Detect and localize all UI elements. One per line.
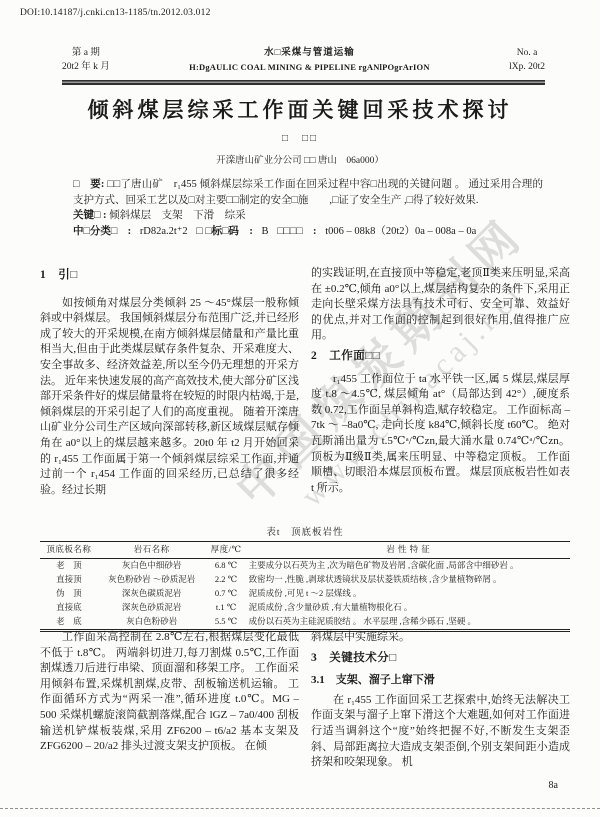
column-left-upper: 1 引□ 如按倾角对煤层分类倾斜 25 ～45°煤层一般称倾斜或中斜煤层。 我国… <box>40 266 299 522</box>
table-row: 直接底 深灰色砂质泥岩 t.1 ℃ 泥质成份 ,含少量砂质 ,有大量植物根化石 … <box>40 601 570 615</box>
table-cell: 灰色粉砂岩 ～砂质泥岩 <box>98 573 206 587</box>
table-cell: 6.8 ℃ <box>205 558 246 573</box>
keywords-text: 倾斜煤层 支架 下滑 综采 <box>109 210 246 221</box>
journal-header: 第 a 期 20t2 年 k 月 水□采煤与管道运输 H:DgAULIC COA… <box>62 46 545 74</box>
doc-code-value: B <box>262 226 269 237</box>
journal-title-cn: 水□采煤与管道运输 <box>110 46 509 60</box>
issue-number-en: No. a <box>509 46 545 60</box>
table-cell: 主要成分以石英为主 ,次为暗色矿物及岩屑 ,含碳化面 ,局部含中细砂岩 。 <box>247 558 570 573</box>
table-cell: 深灰色碳质泥岩 <box>98 587 206 601</box>
table-cell: 深灰色砂质泥岩 <box>98 601 206 615</box>
table-cell: 老 底 <box>40 615 98 631</box>
abstract-section: □ 要: □□了唐山矿 r₁455 倾斜煤层综采工作面在回采过程中容□出现的关键… <box>73 177 543 239</box>
article-title: 倾斜煤层综采工作面关键回采技术探讨 <box>0 94 600 124</box>
publication-date-cn: 20t2 年 k 月 <box>62 60 110 74</box>
table-cell: 5.5 ℃ <box>205 615 246 631</box>
table-row: 老 底 灰白色粉砂岩 5.5 ℃ 成份以石英为主硅泥质胶结 。 水平层理 ,含稀… <box>40 615 570 631</box>
table-cell: 老 顶 <box>40 558 98 573</box>
author-affiliation: 开滦唐山矿业分公司 □□ 唐山 06a000） <box>0 152 600 166</box>
keywords-line: 关键□ : 倾斜煤层 支架 下滑 综采 <box>73 208 543 224</box>
table-row: 伪 顶 深灰色碳质泥岩 0.7 ℃ 泥质成份 ,可见 t ～2 层煤线 。 <box>40 587 570 601</box>
table-cell: 灰白色中细砂岩 <box>98 558 206 573</box>
table-cell: 致密均一 ,性脆 ,剥球状透镜状及层状菱铁质结核 ,含少量植物碎屑 。 <box>247 573 570 587</box>
table-header-row: 顶底板名称 岩石名称 厚度/℃ 岩 性 特 征 <box>40 542 570 559</box>
doc-code-label: □ □标□码 : <box>196 226 253 237</box>
table-row: 老 顶 灰白色中细砂岩 6.8 ℃ 主要成分以石英为主 ,次为暗色矿物及岩屑 ,… <box>40 558 570 573</box>
journal-title-en: H:DgAULIC COAL MINING & PIPELINE rgANlPO… <box>110 60 509 74</box>
journal-title-block: 水□采煤与管道运输 H:DgAULIC COAL MINING & PIPELI… <box>110 46 509 74</box>
table-header-cell: 厚度/℃ <box>205 542 246 559</box>
header-rule <box>62 80 545 85</box>
body-columns-lower: 工作面采高控制在 2.8℃左右,根据煤层变化最低不低于 t.8℃。 两端斜切进刀… <box>40 630 570 802</box>
column-right-upper: 的实践证明,在直接顶中等稳定,老顶Ⅱ类来压明显,采高在 ±0.2℃,倾角 a0°… <box>311 266 570 522</box>
section-2-continuation-2: 斜煤层中实施综采。 <box>311 630 570 646</box>
section-3-1-heading: 3.1 支架、溜子上窜下滑 <box>311 673 570 689</box>
section-1-heading: 1 引□ <box>40 268 299 284</box>
table-cell: 伪 顶 <box>40 587 98 601</box>
article-id-label: □□□□ : <box>277 226 316 237</box>
table-cell: 2.2 ℃ <box>205 573 246 587</box>
section-2-paragraph: r₁455 工作面位于 ta 水平铁一区,属 5 煤层,煤层厚度 t.8 ～4.… <box>311 372 570 497</box>
abstract-label: □ 要: <box>73 179 104 190</box>
table-cell: 直接顶 <box>40 573 98 587</box>
keywords-label: 关键□ : <box>73 210 106 221</box>
section-2-paragraph-2: 工作面采高控制在 2.8℃左右,根据煤层变化最低不低于 t.8℃。 两端斜切进刀… <box>40 630 299 755</box>
journal-issue-cn: 第 a 期 20t2 年 k 月 <box>62 46 110 74</box>
abstract-text: □□了唐山矿 r₁455 倾斜煤层综采工作面在回采过程中容□出现的关键问题 。 … <box>73 179 543 206</box>
doi-text: DOI:10.14187/j.cnki.cn13-1185/tn.2012.03… <box>20 8 211 18</box>
section-1-paragraph: 如按倾角对煤层分类倾斜 25 ～45°煤层一般称倾斜或中斜煤层。 我国倾斜煤层分… <box>40 296 299 499</box>
section-3-1-paragraph: 在 r₁455 工作面回采工艺探索中,始终无法解决工作面支架与溜子上窜下滑这个大… <box>311 693 570 771</box>
body-columns-upper: 1 引□ 如按倾角对煤层分类倾斜 25 ～45°煤层一般称倾斜或中斜煤层。 我国… <box>40 266 570 522</box>
paper-page: 中国煤炭期刊网 www.chinacaj.net DOI:10.14187/j.… <box>0 0 600 817</box>
table-cell: 泥质成份 ,含少量砂质 ,有大量植物根化石 。 <box>247 601 570 615</box>
bottom-rule <box>0 808 600 809</box>
column-right-lower: 斜煤层中实施综采。 3 关键技术分□ 3.1 支架、溜子上窜下滑 在 r₁455… <box>311 630 570 802</box>
table-row: 直接顶 灰色粉砂岩 ～砂质泥岩 2.2 ℃ 致密均一 ,性脆 ,剥球状透镜状及层… <box>40 573 570 587</box>
section-2-heading: 2 工作面□□ <box>311 349 570 365</box>
table-header-cell: 岩 性 特 征 <box>247 542 570 559</box>
roof-floor-table-block: 表t 顶底板岩性 顶底板名称 岩石名称 厚度/℃ 岩 性 特 征 老 顶 灰白色… <box>40 524 570 632</box>
table-cell: 灰白色粉砂岩 <box>98 615 206 631</box>
publication-date-en: lXp. 20t2 <box>509 60 545 74</box>
column-left-lower: 工作面采高控制在 2.8℃左右,根据煤层变化最低不低于 t.8℃。 两端斜切进刀… <box>40 630 299 802</box>
table-caption: 表t 顶底板岩性 <box>40 524 570 538</box>
table-cell: 直接底 <box>40 601 98 615</box>
classification-line: 中□分类□ : rD82a.2t⁺2 □ □标□码 : B □□□□ : t00… <box>73 224 543 240</box>
author-name: □ □□ <box>0 129 600 144</box>
table-cell: t.1 ℃ <box>205 601 246 615</box>
roof-floor-table: 顶底板名称 岩石名称 厚度/℃ 岩 性 特 征 老 顶 灰白色中细砂岩 6.8 … <box>40 541 570 632</box>
issue-number-cn: 第 a 期 <box>62 46 110 60</box>
section-1-continuation: 的实践证明,在直接顶中等稳定,老顶Ⅱ类来压明显,采高在 ±0.2℃,倾角 a0°… <box>311 266 570 344</box>
section-3-heading: 3 关键技术分□ <box>311 651 570 667</box>
abstract-line: □ 要: □□了唐山矿 r₁455 倾斜煤层综采工作面在回采过程中容□出现的关键… <box>73 177 543 208</box>
clc-label: 中□分类□ : <box>73 226 131 237</box>
table-header-cell: 顶底板名称 <box>40 542 98 559</box>
journal-issue-en: No. a lXp. 20t2 <box>509 46 545 74</box>
clc-value: rD82a.2t⁺2 <box>140 226 188 237</box>
table-cell: 0.7 ℃ <box>205 587 246 601</box>
table-cell: 成份以石英为主硅泥质胶结 。 水平层理 ,含稀少砾石 ,坚硬 。 <box>247 615 570 631</box>
table-header-cell: 岩石名称 <box>98 542 206 559</box>
page-number: 8a <box>311 778 570 794</box>
article-id-value: t006 – 08k8（20t2）0a – 008a – 0a <box>325 226 476 237</box>
table-cell: 泥质成份 ,可见 t ～2 层煤线 。 <box>247 587 570 601</box>
